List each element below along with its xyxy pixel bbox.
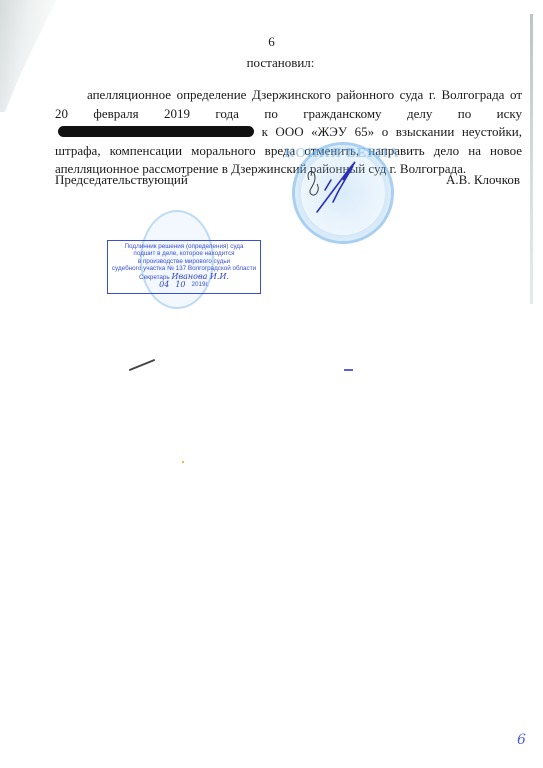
- stamp-date-line: 04 10 2019г.: [108, 281, 260, 288]
- stamp-line: подшит в деле, которое находится: [108, 250, 260, 257]
- certification-stamp: Подлинник решения (определения) суда под…: [107, 240, 261, 294]
- stamp-date-month: 10: [175, 281, 185, 288]
- redacted-party-name: [58, 126, 254, 137]
- signature-name: А.В. Клочков: [446, 172, 520, 188]
- page-number: 6: [0, 34, 543, 50]
- scan-artifact: [344, 369, 353, 371]
- ruling-text-part-1: апелляционное определение Дзержинского р…: [55, 87, 522, 121]
- signature-row: Председательствующий А.В. Клочков: [55, 172, 520, 188]
- scan-artifact: [129, 359, 156, 371]
- stamp-line: Подлинник решения (определения) суда: [108, 243, 260, 250]
- handwritten-signature-icon: [295, 150, 365, 220]
- stamp-date-day: 04: [159, 281, 169, 288]
- ruling-heading: постановил:: [0, 55, 543, 71]
- stamp-date-year: 2019г.: [192, 281, 209, 288]
- signature-role: Председательствующий: [55, 172, 188, 188]
- scan-artifact: [182, 461, 184, 463]
- handwritten-page-number: 6: [517, 732, 526, 748]
- ruling-body: апелляционное определение Дзержинского р…: [55, 86, 522, 179]
- ruling-paragraph: апелляционное определение Дзержинского р…: [55, 86, 522, 179]
